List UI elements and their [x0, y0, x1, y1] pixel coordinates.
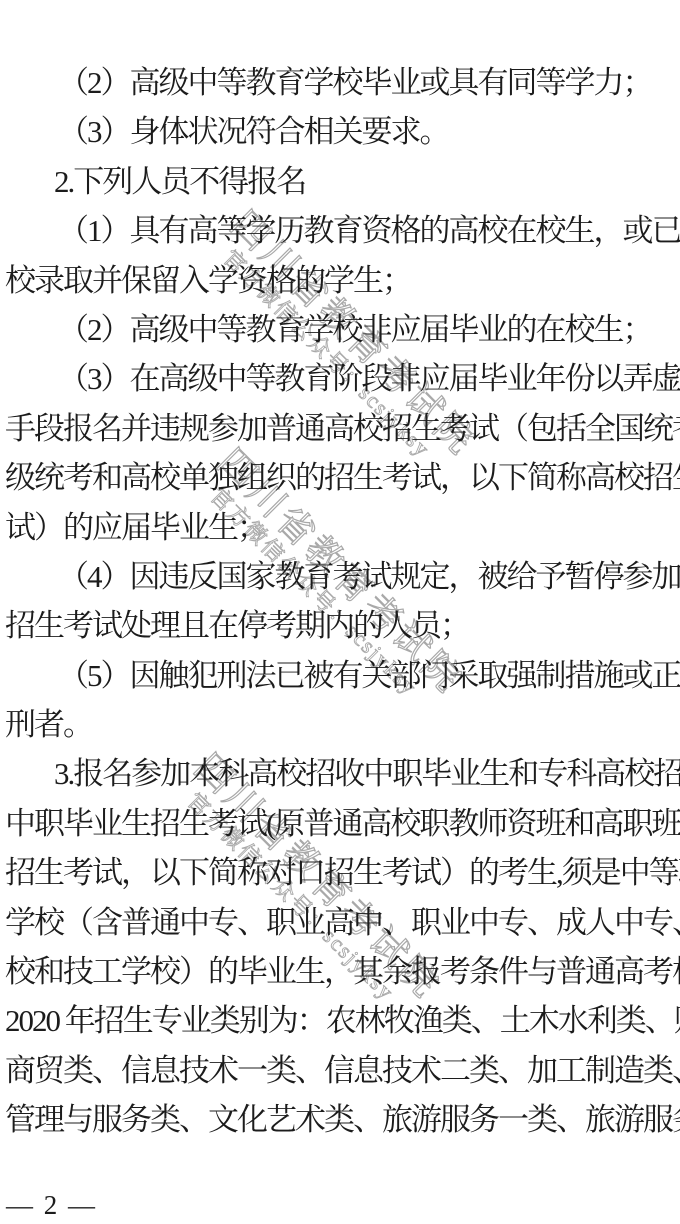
text-line: 中职毕业生招生考试(原普通高校职教师资班和高职班对口 — [0, 799, 680, 848]
text-line: 级统考和高校单独组织的招生考试，以下简称高校招生考 — [0, 453, 680, 502]
text-line: （1）具有高等学历教育资格的高校在校生，或已被高 — [0, 206, 680, 255]
text-line: 管理与服务类、文化艺术类、旅游服务一类、旅游服务二类、 — [0, 1095, 680, 1144]
text-line: （5）因触犯刑法已被有关部门采取强制措施或正在服 — [0, 651, 680, 700]
page-number: — 2 — — [6, 1190, 97, 1221]
document-page: 四川省教育考试院官方微信公众号：scsjyksy四川省教育考试院官方微信公众号：… — [0, 0, 680, 1224]
text-line: 校和技工学校）的毕业生，其余报考条件与普通高考相同。 — [0, 947, 680, 996]
text-line: 学校（含普通中专、职业高中、职业中专、成人中专、中师 — [0, 898, 680, 947]
text-line: 2.下列人员不得报名 — [0, 157, 680, 206]
text-line: 手段报名并违规参加普通高校招生考试（包括全国统考、省 — [0, 404, 680, 453]
text-line: （3）在高级中等教育阶段非应届毕业年份以弄虚作假 — [0, 354, 680, 403]
text-line: （2）高级中等教育学校非应届毕业的在校生； — [0, 305, 680, 354]
text-line: 刑者。 — [0, 700, 680, 749]
text-line: 招生考试，以下简称对口招生考试）的考生,须是中等职业 — [0, 848, 680, 897]
text-line: 招生考试处理且在停考期内的人员； — [0, 601, 680, 650]
text-line: 校录取并保留入学资格的学生； — [0, 256, 680, 305]
text-line: 商贸类、信息技术一类、信息技术二类、加工制造类、公共 — [0, 1046, 680, 1095]
text-line: （2）高级中等教育学校毕业或具有同等学力； — [0, 58, 680, 107]
text-line: （3）身体状况符合相关要求。 — [0, 107, 680, 156]
body-text: （2）高级中等教育学校毕业或具有同等学力；（3）身体状况符合相关要求。2.下列人… — [0, 58, 680, 1145]
text-line: 试）的应届毕业生； — [0, 503, 680, 552]
text-line: 2020 年招生专业类别为：农林牧渔类、土木水利类、财经 — [0, 996, 680, 1045]
text-line: （4）因违反国家教育考试规定，被给予暂停参加高校 — [0, 552, 680, 601]
text-line: 3.报名参加本科高校招收中职毕业生和专科高校招收 — [0, 749, 680, 798]
